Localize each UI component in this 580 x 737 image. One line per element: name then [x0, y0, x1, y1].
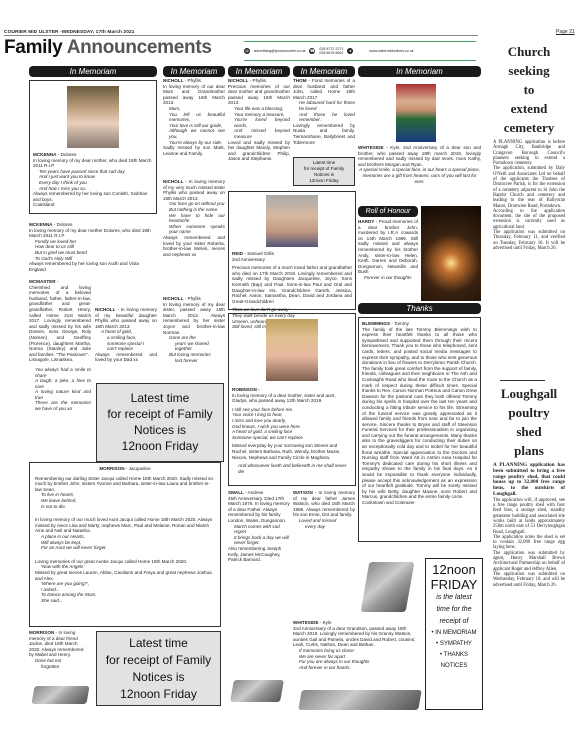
notice-text: In loving memory of a dear mother, siste… [232, 393, 352, 404]
headline-line: seeking [493, 61, 565, 80]
notice-text: Missed by great nieces Lauren, Abbie, Ca… [35, 570, 215, 581]
latest-line: 12noon Friday [97, 686, 220, 703]
notice-text: The family of the late Tommy Blemmings w… [362, 327, 477, 500]
notice-end: Missed everyday by your sorrowing son St… [232, 443, 352, 460]
latest-line: for receipt of Family [97, 652, 220, 669]
notice-sub: - Phyllis. [248, 78, 267, 83]
notice-nicholl-2: NICHOLL - In loving memory of my very mu… [163, 179, 225, 257]
section-header-thanks: Thanks [358, 303, 481, 314]
page-title: Family Announcements [4, 37, 212, 58]
notice-sub: - Tommy [390, 321, 409, 326]
notice-text: In loving memory of my dear mother, who … [33, 158, 153, 169]
notice-sub: - Samuel Gillis [243, 251, 274, 256]
notice-sub: - [56, 279, 59, 284]
article-paragraph: The application will, if approved, see a… [493, 498, 565, 535]
latest-line: Notices is [97, 422, 223, 438]
phone-numbers: 028 8772 2271028 8676 6692 [319, 47, 343, 55]
headline-line: plans [493, 441, 565, 460]
notice-name: SMALL [228, 490, 244, 495]
notice-place: Cookstown and Coleraine [362, 500, 477, 506]
notice-end: Always remembered and loved by your Dad … [95, 352, 157, 363]
article-paragraph: According to the application document, t… [493, 209, 565, 230]
notice-name: REID [232, 251, 243, 256]
notice-name: BLEMMINGS [362, 321, 390, 326]
latest-time-notice: Latest time for receipt of Family Notice… [96, 383, 224, 462]
bible-icon [298, 690, 422, 710]
notice-watson: WATSON - In loving memory of my dear fat… [293, 490, 355, 529]
deadline-line: NOTICES [426, 661, 482, 672]
notice-text: In loving memory of my dear sister, pass… [163, 302, 225, 336]
verse-line: Although we cannot see you, [163, 128, 225, 139]
notice-thom: THOM - Fond memories of a dear husband a… [293, 78, 355, 145]
verse-line: A laugh, a joke, a hive to care [29, 378, 91, 389]
article-loughgall-poultry: Loughgall poultry shed plans A PLANNING … [493, 384, 565, 588]
notice-name: NICHOLL [163, 296, 183, 301]
verse-line: every day [293, 524, 355, 530]
photo-reid [266, 195, 318, 247]
headline-line: shed [493, 422, 565, 441]
article-lead: A PLANNING application has been submitte… [493, 463, 565, 498]
deadline-line: time for the [426, 604, 482, 616]
page-number: Page 21 [556, 30, 575, 36]
notice-name: HARDY [358, 219, 374, 224]
deadline-line: FRIDAY [426, 577, 482, 592]
section-header-in-memoriam-3: In Memoriam [228, 66, 290, 77]
article-church-cemetery: Church seeking to extend cemetery A PLAN… [493, 42, 565, 251]
deadline-box: 12noon FRIDAY is the latest time for the… [425, 558, 483, 710]
notice-text: Precious memories of our dear mother and… [228, 84, 290, 106]
notice-name: MCMASTER [29, 279, 56, 284]
verse-line: And missed beyond measure [228, 128, 290, 139]
notice-reid: REID - Samuel Gillis 2nd Anniversary Pre… [228, 191, 356, 310]
notice-blemmings: BLEMMINGS - Tommy The family of the late… [358, 317, 481, 542]
contact-bar: @ advertising@tyronecourier.co.uk ☎ 028 … [244, 41, 476, 61]
notice-small: SMALL - Andrew 45th Anniversary. Died 17… [228, 490, 290, 563]
email-link[interactable]: advertising@tyronecourier.co.uk [254, 49, 305, 53]
verse-line: A loving nature kind and true [29, 389, 91, 400]
article-paragraph: The application notes the shed is set to… [493, 535, 565, 551]
latest-line: 12noon Friday [294, 178, 354, 184]
notice-end: Always remembered by her loving son Aodh… [29, 261, 157, 267]
notice-name: THOM [293, 78, 307, 83]
website-link[interactable]: www.ulstermidnotices.co.uk [369, 49, 413, 53]
notice-end: Loved and sadly missed by her daughter M… [228, 140, 290, 162]
section-header-in-memoriam: In Memoriam [29, 66, 157, 77]
notice-nicholl-dad: NICHOLL - In loving memory of my beautif… [95, 307, 157, 363]
deadline-line: • SYMPATHY [426, 639, 482, 650]
deadline-line: • IN MEMORIAM [426, 628, 482, 639]
notice-sub: - Dolores [56, 152, 76, 157]
title-family: Family [4, 37, 62, 58]
bible-icon [361, 562, 415, 612]
latest-line: Latest time [97, 390, 223, 406]
deadline-line: is the latest [426, 592, 482, 604]
notice-text: In loving memory of my dear mother Dolor… [29, 228, 157, 239]
notice-nicholl-4: NICHOLL - Phyllis. Precious memories of … [228, 78, 290, 162]
notice-sub: - Phyllis. [183, 78, 202, 83]
notice-end: Always remembered and loved by your sist… [163, 235, 225, 257]
verse-line: When someone speaks your name [163, 224, 225, 235]
verse-line: A special smile, a special face, in our … [358, 167, 481, 184]
verse-line: Is not to die. [35, 504, 215, 510]
verse-line: last forever [163, 358, 225, 364]
notice-whiteside-small: WHITESIDE - Kyle 2nd Anniversary of a de… [293, 620, 418, 670]
verse-line: And forever in our hearts. [293, 665, 418, 671]
notice-text: In loving memory of our dear Mum and Gra… [163, 84, 225, 106]
notice-morrison: MORRISON - Jacqueline Remembering our da… [29, 462, 221, 627]
notice-sub: - Dolores [52, 222, 72, 227]
notice-name: NICHOLL [163, 78, 183, 83]
notice-text: Remembering our darling Sister Jacqui ca… [35, 476, 215, 493]
verse-line: You left us beautiful memories, [163, 112, 225, 123]
section-header-in-memoriam-2: In Memoriam [163, 66, 225, 77]
verse-line: She said... [35, 598, 215, 604]
notice-name: WATSON [293, 490, 313, 495]
verse-line: But nothing is the same. [163, 207, 225, 213]
notice-mckenna-2: MCKENNA - Dolores In loving memory of my… [29, 222, 157, 272]
deadline-line: receipt of [426, 616, 482, 628]
headline-line: to [493, 80, 565, 99]
section-header-in-memoriam-5: In Memoriam [358, 66, 481, 77]
article-divider [500, 380, 545, 381]
notice-name: MCKENNA [33, 152, 56, 157]
notice-mcmaster: MCMASTER - Cherished and loving memories… [29, 279, 91, 412]
headline-line: poultry [493, 403, 565, 422]
notice-name: NICHOLL [228, 78, 248, 83]
notice-name: WHITESIDE [358, 145, 384, 150]
notice-name: MORRISON [29, 630, 54, 635]
notice-text: 45th Anniversary. Died 17th March 1976. … [228, 496, 290, 524]
article-paragraph: The application was submitted by agent, … [493, 551, 565, 572]
deadline-line: • THANKS [426, 650, 482, 661]
latest-line: for receipt of Family [97, 406, 223, 422]
deadline-line: 12noon [426, 563, 482, 577]
verse-line: He laboured hard for those he loved [293, 100, 355, 111]
phone-2: 028 8676 6692 [319, 51, 343, 55]
notice-anniversary: 2nd Anniversary [232, 257, 352, 263]
bible-icon [230, 680, 284, 702]
notice-text: Precious memories of a much loved father… [232, 265, 352, 304]
section-header-roll-of-honour: Roll of Honour [358, 206, 418, 217]
notice-end: Lovingly remembered by Nuala and family.… [293, 123, 355, 145]
notice-text: 2nd Anniversary of a dear Grandson, pass… [293, 626, 418, 648]
verse-line: Forever in our thoughts [358, 275, 418, 281]
web-icon: ● [347, 48, 353, 54]
latest-line: Latest time [97, 635, 220, 652]
notice-end: Sadly missed by son Mark, Leanne and Fam… [163, 145, 225, 156]
notice-mckenna-1: MCKENNA - Dolores In loving memory of my… [29, 80, 157, 214]
candle-image [421, 206, 481, 301]
latest-line: Notices is [97, 669, 220, 686]
verse-line: You always had a smile to share [29, 367, 91, 378]
notice-name-text: ROBINSON [232, 387, 257, 392]
verse-line: You're loved beyond words, [228, 117, 290, 128]
notice-name: NICHOLL [95, 307, 115, 312]
notice-place: Lisnagole, Lisnaskea. [29, 357, 91, 363]
verse-line: And those he loved remember. [293, 112, 355, 123]
verse-line: Your life was a blessing, [228, 106, 290, 112]
article-paragraph: The application was submitted on Wednesd… [493, 572, 565, 588]
notice-text: Cherished and loving memories of a belov… [29, 285, 91, 358]
photo-whiteside [396, 84, 436, 142]
section-header-in-memoriam-4: In Memoriam [293, 66, 355, 77]
notice-text: - Proud memories of a dear brother John,… [358, 219, 418, 274]
notice-sub: - Jacqueline [125, 466, 151, 471]
notice-end: Also remembering Joseph Kelly, James McC… [228, 546, 290, 563]
latest-time-small-box: Latest time for receipt of Family Notice… [293, 157, 355, 186]
latest-time-notice-2: Latest time for receipt of Family Notice… [96, 631, 221, 706]
notice-nicholl-1: NICHOLL - Phyllis. In loving memory of o… [163, 78, 225, 156]
notice-sub: - Andrew [244, 490, 263, 495]
notice-morrison-2: MORRISON - In loving memory of a dear fr… [29, 630, 89, 669]
header-rule [4, 35, 478, 36]
notice-nicholl-3: NICHOLL - Phyllis In loving memory of my… [163, 296, 225, 363]
bible-icon [31, 686, 89, 704]
notice-end: Always remembered by her loving son Conl… [33, 191, 153, 202]
notice-text: In loving memory of our much loved Aunt … [35, 517, 215, 534]
latest-line: 12noon Friday [97, 438, 223, 454]
notice-name: WHITESIDE [293, 620, 319, 625]
notice-place: England [29, 267, 157, 273]
notice-place: Coalisland [33, 202, 153, 208]
verse-line: And whosoever liveth and believeth in me… [232, 463, 352, 474]
headline-line: Church [493, 42, 565, 61]
article-paragraph: The application, submitted by Daly O'Nei… [493, 166, 565, 208]
notice-name: MORRISON [99, 466, 124, 471]
verse-line: These are the memories we have of you xo [29, 400, 91, 411]
verse-line: For an Aunt we will never forget. [35, 545, 215, 551]
headline-line: extend [493, 99, 565, 118]
notice-sub: - Kyle [319, 620, 332, 625]
verse-line: We have to hide our heartache [163, 213, 225, 224]
title-announcements: Announcements [67, 37, 212, 58]
headline-line: Loughgall [493, 384, 565, 403]
email-icon: @ [244, 48, 250, 54]
notice-name: NICHOLL [163, 179, 183, 184]
notice-robinson: ROBINSON - In loving memory of a dear mo… [228, 313, 356, 486]
notice-name: MCKENNA [29, 222, 52, 227]
verse-line: forgotten [29, 664, 89, 670]
notice-whiteside: WHITESIDE - Kyle, 2nd Anniversary of a d… [358, 145, 481, 184]
phone-icon: ☎ [309, 48, 315, 54]
verse-line: It brings back a day we will never forge… [228, 535, 290, 546]
notice-sub: - Phyllis [183, 296, 200, 301]
notice-hardy: HARDY - Proud memories of a dear brother… [358, 219, 418, 281]
verse-line: Someone special, we can't replace [232, 435, 352, 441]
article-paragraph: A PLANNING application is before Armagh … [493, 140, 565, 166]
photo-robinson [266, 319, 318, 381]
headline-line: cemetery [493, 118, 565, 137]
verse-line: March comes with sad regret [228, 524, 290, 535]
notice-sub: - [257, 387, 260, 392]
photo-mckenna [67, 86, 119, 148]
article-paragraph: The application was submitted on Thursda… [493, 230, 565, 251]
